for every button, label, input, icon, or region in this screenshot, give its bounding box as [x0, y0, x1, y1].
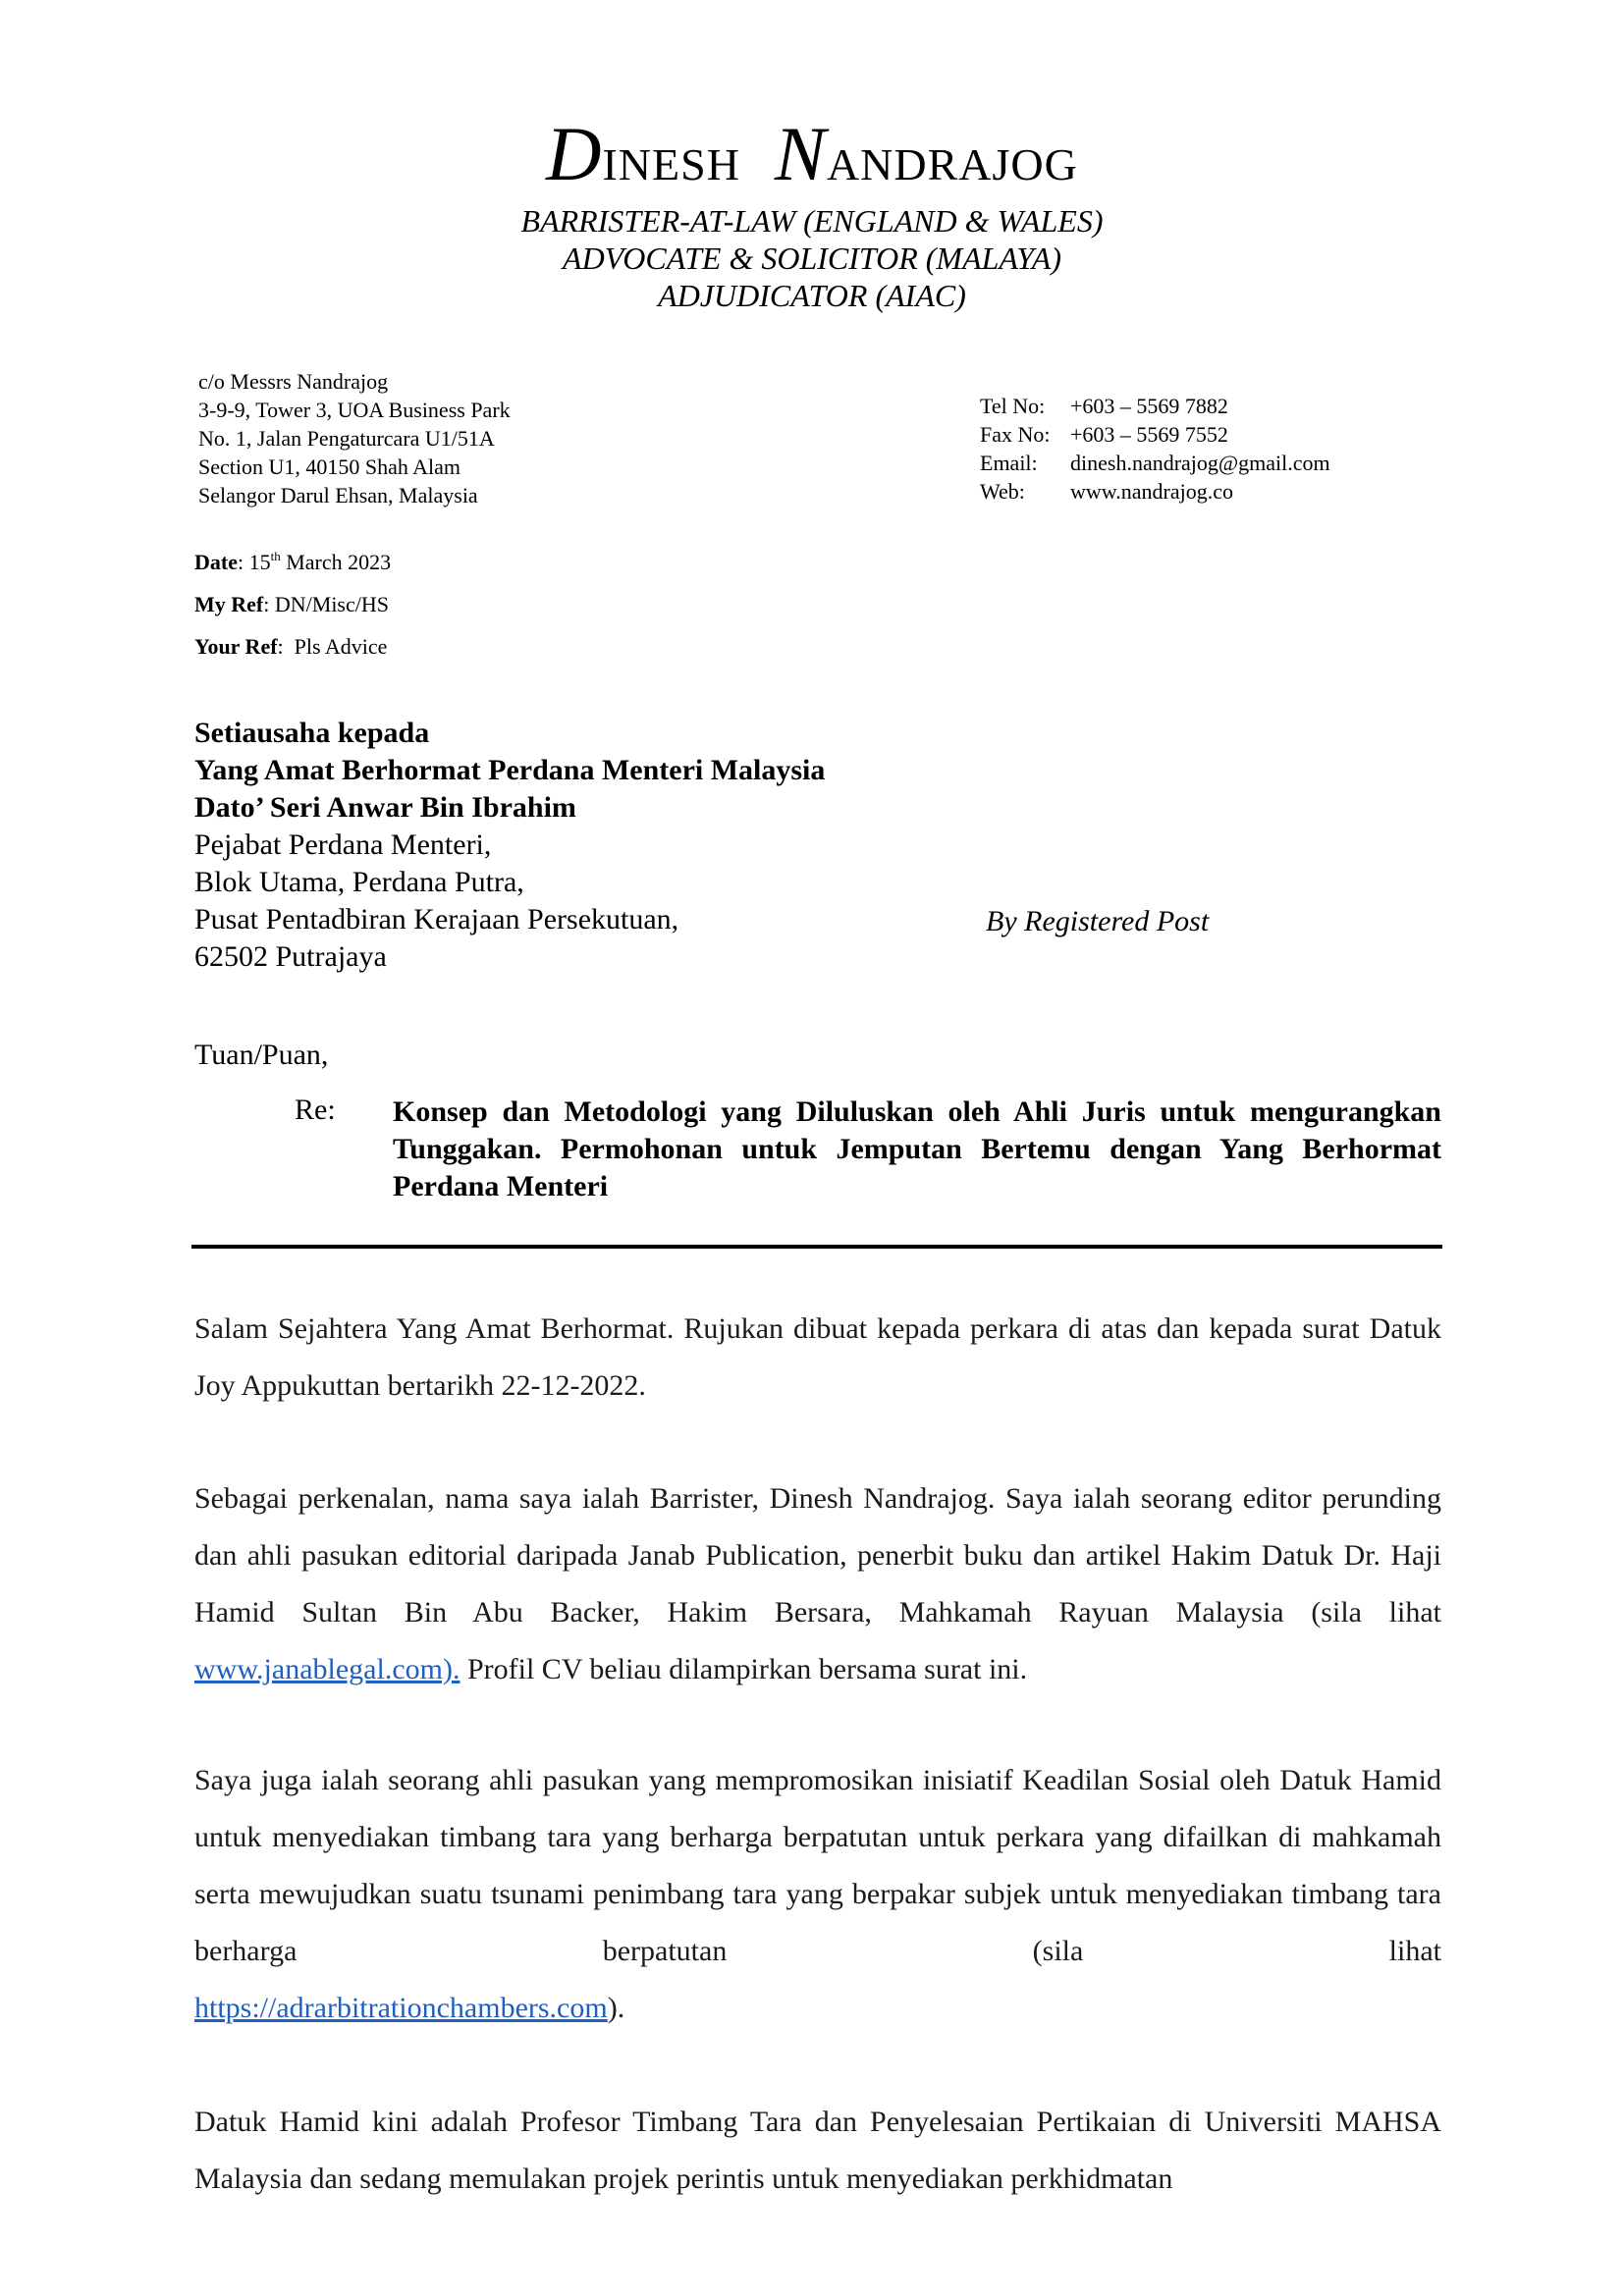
date-row: Date: 15th March 2023 [194, 548, 391, 590]
date-rest: March 2023 [286, 550, 391, 574]
subject-text: Konsep dan Metodologi yang Diluluskan ol… [393, 1094, 1441, 1205]
web-value[interactable]: www.nandrajog.co [1070, 477, 1233, 506]
divider [191, 1245, 1442, 1249]
recipient-line: 62502 Putrajaya [194, 938, 825, 976]
paragraph-3: Saya juga ialah seorang ahli pasukan yan… [194, 1752, 1441, 2037]
contact-fax: Fax No:+603 – 5569 7552 [980, 420, 1330, 449]
paragraph-4: Datuk Hamid kini adalah Profesor Timbang… [194, 2094, 1441, 2208]
address-line: Selangor Darul Ehsan, Malaysia [198, 481, 511, 509]
name-initial-last: N [775, 111, 827, 196]
salutation: Tuan/Puan, [194, 1039, 328, 1072]
address-line: No. 1, Jalan Pengaturcara U1/51A [198, 424, 511, 453]
reference-block: Date: 15th March 2023 My Ref: DN/Misc/HS… [194, 548, 391, 674]
recipient-line: Setiausaha kepada [194, 715, 825, 752]
tel-value: +603 – 5569 7882 [1070, 392, 1228, 420]
recipient-line: Pejabat Perdana Menteri, [194, 827, 825, 864]
web-label: Web: [980, 477, 1070, 506]
letterhead-name: Dinesh Nandrajog [0, 116, 1624, 192]
recipient-line: Yang Amat Berhormat Perdana Menteri Mala… [194, 752, 825, 789]
fax-value: +603 – 5569 7552 [1070, 420, 1228, 449]
title-adjudicator: ADJUDICATOR (AIAC) [0, 277, 1624, 314]
title-barrister: BARRISTER-AT-LAW (ENGLAND & WALES) [0, 202, 1624, 240]
paragraph-2: Sebagai perkenalan, nama saya ialah Barr… [194, 1470, 1441, 1698]
my-ref-row: My Ref: DN/Misc/HS [194, 590, 391, 632]
delivery-method: By Registered Post [986, 905, 1209, 938]
recipient-block: Setiausaha kepada Yang Amat Berhormat Pe… [194, 715, 825, 976]
paragraph-1: Salam Sejahtera Yang Amat Berhormat. Ruj… [194, 1301, 1441, 1415]
subject-label: Re: [295, 1094, 336, 1127]
name-first-rest: inesh [602, 123, 739, 194]
name-last-rest: andrajog [827, 123, 1078, 194]
letterhead-titles: BARRISTER-AT-LAW (ENGLAND & WALES) ADVOC… [0, 202, 1624, 314]
contact-web: Web:www.nandrajog.co [980, 477, 1330, 506]
tel-label: Tel No: [980, 392, 1070, 420]
paragraph-3-text: Saya juga ialah seorang ahli pasukan yan… [194, 1752, 1441, 1980]
date-suffix: th [271, 549, 281, 563]
adrarbitration-link[interactable]: https://adrarbitrationchambers.com [194, 1992, 608, 2024]
my-ref-value: DN/Misc/HS [275, 592, 389, 616]
recipient-line: Blok Utama, Perdana Putra, [194, 864, 825, 901]
recipient-line: Pusat Pentadbiran Kerajaan Persekutuan, [194, 901, 825, 938]
contact-tel: Tel No:+603 – 5569 7882 [980, 392, 1330, 420]
your-ref-label: Your Ref [194, 634, 278, 659]
janablegal-link[interactable]: www.janablegal.com). [194, 1653, 460, 1685]
fax-label: Fax No: [980, 420, 1070, 449]
date-day: 15 [249, 550, 271, 574]
email-value[interactable]: dinesh.nandrajog@gmail.com [1070, 449, 1330, 477]
your-ref-row: Your Ref: Pls Advice [194, 632, 391, 674]
address-line: 3-9-9, Tower 3, UOA Business Park [198, 396, 511, 424]
paragraph-2-text-end: Profil CV beliau dilampirkan bersama sur… [460, 1653, 1027, 1685]
email-label: Email: [980, 449, 1070, 477]
date-label: Date [194, 550, 238, 574]
address-line: Section U1, 40150 Shah Alam [198, 453, 511, 481]
contact-email: Email:dinesh.nandrajog@gmail.com [980, 449, 1330, 477]
sender-address: c/o Messrs Nandrajog 3-9-9, Tower 3, UOA… [198, 367, 511, 509]
my-ref-label: My Ref [194, 592, 263, 616]
paragraph-2-text: Sebagai perkenalan, nama saya ialah Barr… [194, 1482, 1441, 1629]
contact-block: Tel No:+603 – 5569 7882 Fax No:+603 – 55… [980, 392, 1330, 506]
address-line: c/o Messrs Nandrajog [198, 367, 511, 396]
name-initial-first: D [546, 111, 602, 196]
recipient-line: Dato’ Seri Anwar Bin Ibrahim [194, 789, 825, 827]
paragraph-3-text-end: ). [608, 1992, 625, 2024]
your-ref-value: Pls Advice [295, 634, 388, 659]
title-advocate: ADVOCATE & SOLICITOR (MALAYA) [0, 240, 1624, 277]
